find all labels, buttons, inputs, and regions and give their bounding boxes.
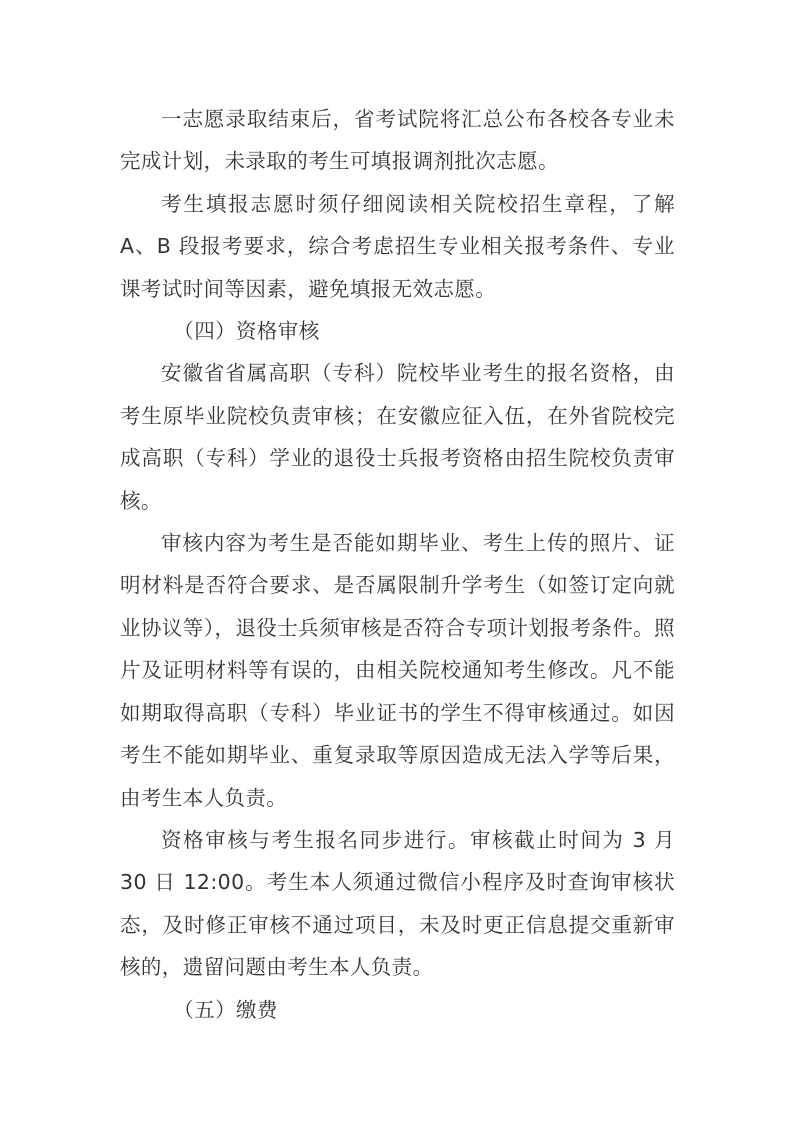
paragraph-review-responsibility: 安徽省省属高职（专科）院校毕业考生的报名资格，由考生原毕业院校负责审核；在安徽应… [120,352,675,522]
section-heading-payment: （五）缴费 [120,989,675,1031]
document-page: 一志愿录取结束后，省考试院将汇总公布各校各专业未完成计划，未录取的考生可填报调剂… [120,98,675,1031]
paragraph-review-deadline: 资格审核与考生报名同步进行。审核截止时间为 3 月 30 日 12:00。考生本… [120,819,675,989]
paragraph-adjustment-notice: 一志愿录取结束后，省考试院将汇总公布各校各专业未完成计划，未录取的考生可填报调剂… [120,98,675,183]
paragraph-review-content: 审核内容为考生是否能如期毕业、考生上传的照片、证明材料是否符合要求、是否属限制升… [120,522,675,819]
section-heading-qualification-review: （四）资格审核 [120,310,675,352]
paragraph-read-charter: 考生填报志愿时须仔细阅读相关院校招生章程，了解 A、B 段报考要求，综合考虑招生… [120,183,675,310]
